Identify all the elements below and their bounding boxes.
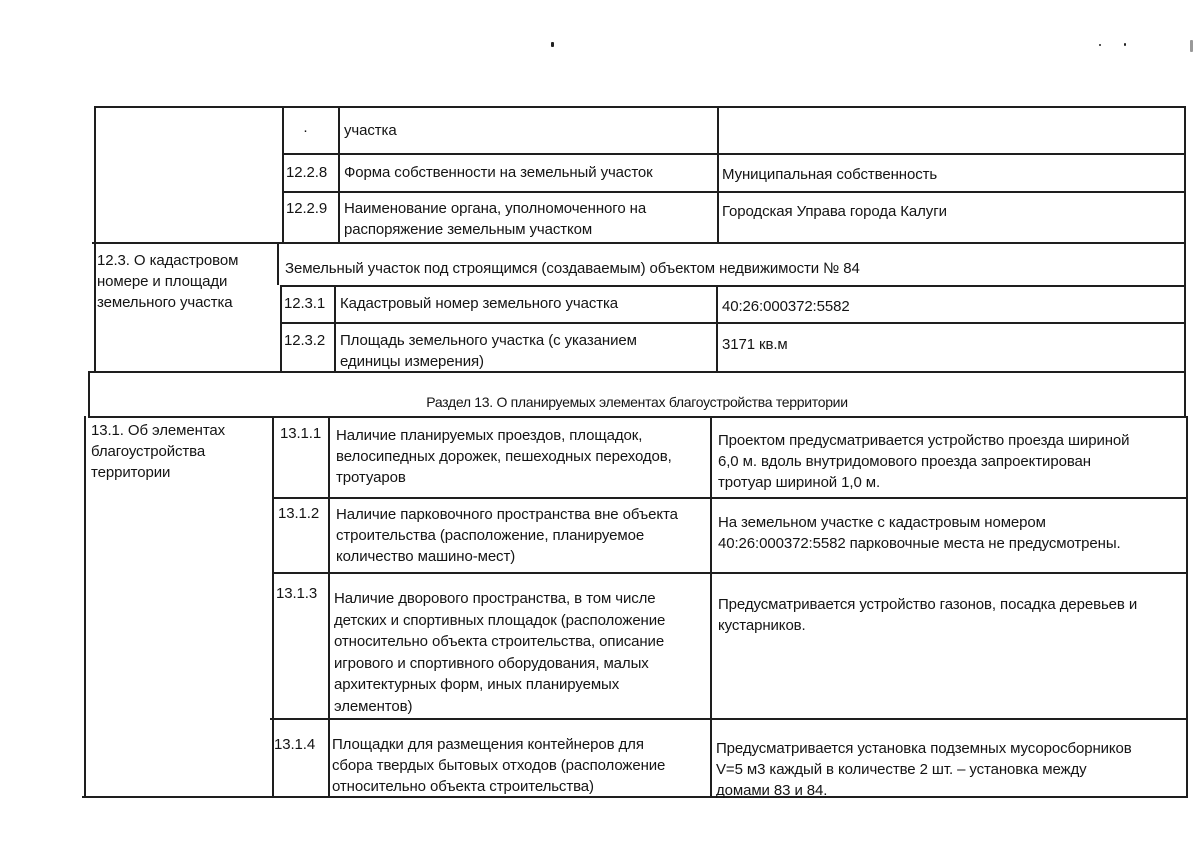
row-label: Наличие парковочного пространства вне об… — [336, 504, 678, 567]
group-title: 12.3. О кадастровом номере и площади зем… — [97, 250, 238, 313]
table-border — [277, 242, 279, 285]
table-border — [272, 572, 1188, 574]
row-value: Предусматривается устройство газонов, по… — [718, 594, 1137, 636]
table-border — [280, 285, 282, 371]
row-number: 13.1.1 — [280, 423, 321, 444]
table-border — [328, 416, 330, 796]
table-border — [92, 242, 1184, 244]
row-label: Наличие дворового пространства, в том чи… — [334, 588, 665, 717]
table-border — [338, 106, 340, 242]
table-border — [716, 285, 718, 371]
row-label: Площадь земельного участка (с указанием … — [340, 330, 637, 372]
table-border — [94, 106, 96, 371]
row-number: · — [303, 120, 308, 141]
row-label: Форма собственности на земельный участок — [344, 162, 653, 183]
row-value: Муниципальная собственность — [722, 164, 937, 185]
table-border — [88, 416, 1186, 418]
row-number: 12.3.2 — [284, 330, 325, 351]
table-border — [710, 416, 712, 796]
row-label: Наличие планируемых проездов, площадок, … — [336, 425, 672, 488]
section-title: Раздел 13. О планируемых элементах благо… — [88, 392, 1186, 413]
row-value: 40:26:000372:5582 — [722, 296, 850, 317]
table-border — [84, 416, 86, 796]
table-border — [1184, 106, 1186, 416]
table-border — [717, 106, 719, 242]
row-number: 12.3.1 — [284, 293, 325, 314]
group-title: 13.1. Об элементах благоустройства терри… — [91, 420, 225, 483]
table-border — [90, 371, 1186, 373]
table-border — [282, 106, 284, 242]
row-number: 12.2.8 — [286, 162, 327, 183]
row-value: На земельном участке с кадастровым номер… — [718, 512, 1121, 554]
table-border — [282, 191, 1184, 193]
document-table: · участка 12.2.8 Форма собственности на … — [0, 0, 1200, 853]
row-number: 13.1.4 — [274, 734, 315, 755]
row-label: Площадки для размещения контейнеров для … — [332, 734, 665, 797]
row-value: Городская Управа города Калуги — [722, 201, 947, 222]
row-value: Предусматривается установка подземных му… — [716, 738, 1132, 801]
table-border — [280, 285, 1184, 287]
group-subheader: Земельный участок под строящимся (создав… — [285, 258, 860, 279]
table-border — [280, 322, 1184, 324]
row-number: 13.1.3 — [276, 583, 317, 604]
row-label: участка — [344, 120, 397, 141]
table-border — [334, 285, 336, 371]
row-label: Наименование органа, уполномоченного на … — [344, 198, 646, 240]
table-border — [1186, 416, 1188, 796]
table-border — [282, 153, 1184, 155]
table-border — [94, 106, 1184, 108]
row-label: Кадастровый номер земельного участка — [340, 293, 618, 314]
table-border — [270, 718, 1188, 720]
row-number: 12.2.9 — [286, 198, 327, 219]
table-border — [272, 497, 1188, 499]
row-number: 13.1.2 — [278, 503, 319, 524]
row-value: Проектом предусматривается устройство пр… — [718, 430, 1129, 493]
row-value: 3171 кв.м — [722, 334, 788, 355]
